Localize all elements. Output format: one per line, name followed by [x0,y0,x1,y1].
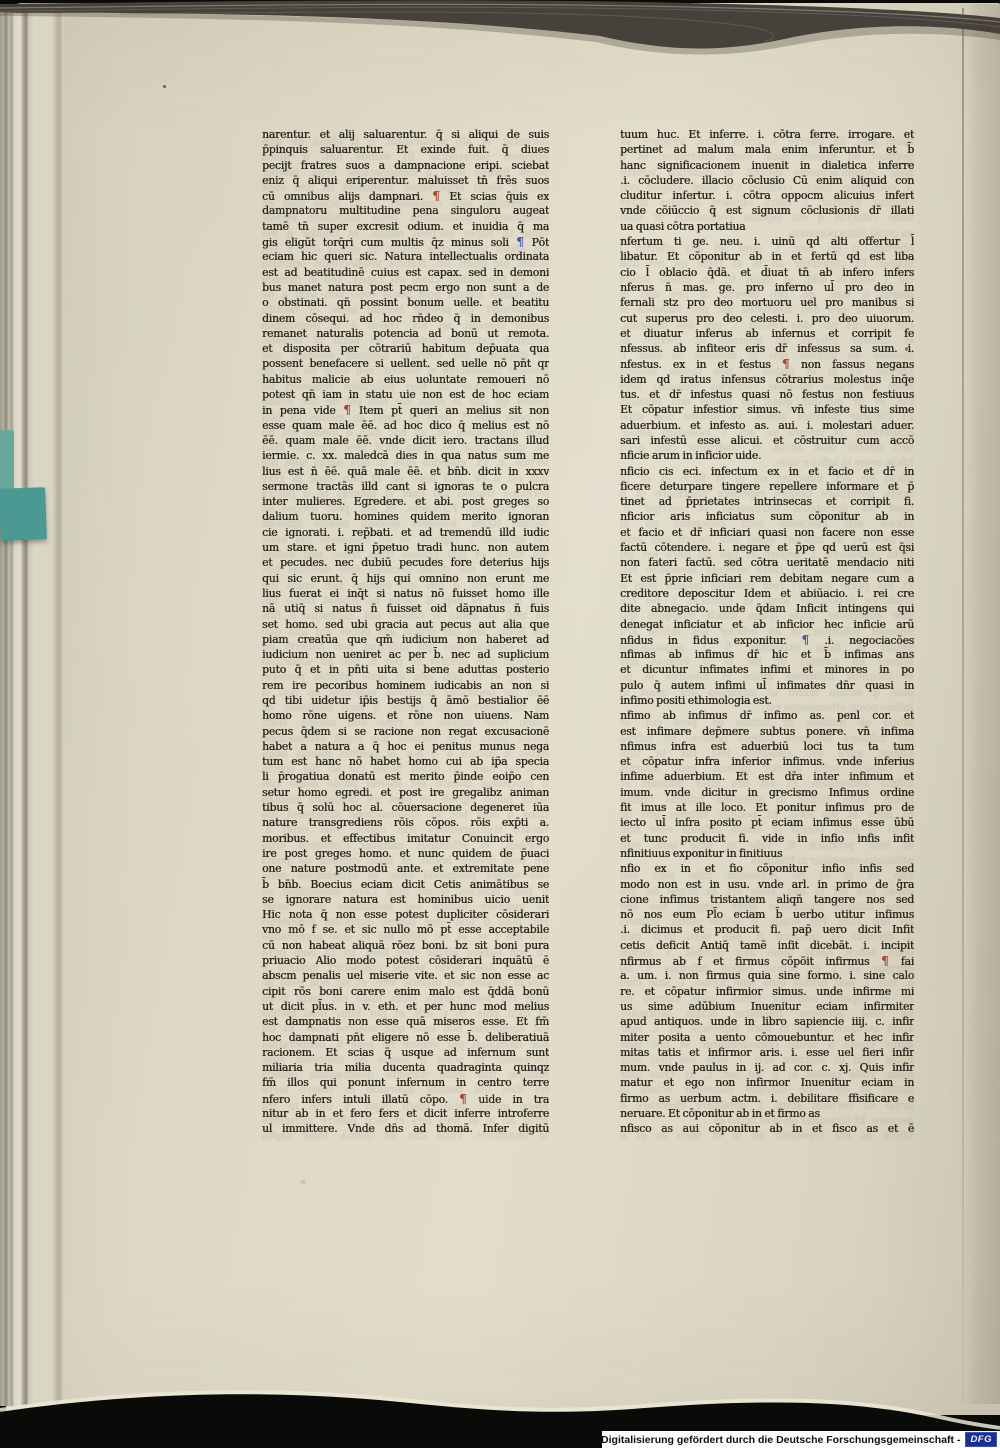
text-line: cetis deficit Antiq̄ tamē infit dicebāt.… [620,938,914,953]
text-line: dampnatoru multitudine pena singuloru au… [262,203,549,218]
page-right-shading [964,4,1000,1404]
text-line: et pecudes. nec dubiū pecudes fore deter… [262,555,549,570]
text-line: denegat inficiatur et ab inficior hec in… [620,617,914,632]
text-line: piam creatūa que qm̄ iudicium non habere… [262,632,549,647]
text-line: lius fuerat ei inq̄t si natus nō fuisset… [262,586,549,601]
text-line: et disposita per cōtrariū habitum dep̄ua… [262,341,549,356]
text-line: Inficio cis eci. infectum ex in et facio… [620,464,914,479]
text-line: lius est n̄ ēē. quā male ēē. et bn̄b. di… [262,464,549,479]
text-line: um stare. et igni p̄petuo tradi hunc. no… [262,540,549,555]
text-line: p̄pinquis saluarentur. Et exinde fuit. q… [262,142,549,157]
text-line: factū cōtendere. i. negare et p̄pe qd ue… [620,540,914,555]
text-line: tamē tn̄ super excresit odium. et inuidi… [262,219,549,234]
text-line: dite abnegacio. unde q̄dam Inficit intin… [620,601,914,616]
text-line: sermone tractās illd cant si ignoras te … [262,479,549,494]
text-line: sari infestū esse alicui. et cōstruitur … [620,433,914,448]
text-line: et dicuntur infimates infimi et minores … [620,662,914,677]
text-line: miter posita a uento cōmouebuntur. et he… [620,1030,914,1045]
text-line: nā utiq̄ si natus n̄ fuisset oid dāpnatu… [262,601,549,616]
page-edge-stack-left [0,4,64,1406]
text-line: .i. cōcludere. illacio cōclusio Cū enim … [620,173,914,188]
text-line: modo non est in usu. vnde arl. in primo … [620,877,914,892]
text-line: pulo q̄ autem infimi ul̄ infimates dn̄r … [620,678,914,693]
text-line: ire post greges homo. et nunc quidem de … [262,846,549,861]
text-line: Et cōpatur infestior simus. vn̄ infeste … [620,402,914,417]
text-line: ēē. quam male ēē. vnde dicit iero. tract… [262,433,549,448]
text-line: habet a natura a q̄ hoc ei penitus munus… [262,739,549,754]
text-line: cū non habeat aliquā rōez boni. bz sit b… [262,938,549,953]
text-line: et tunc producit fi. vide in infio infis… [620,831,914,846]
text-line: cū omnibus alijs dampnari. ¶ Et scias q̄… [262,188,549,203]
page-edge-stack-top [0,0,1000,64]
text-line: Infestus. ex in et festus ¶ non fassus n… [620,356,914,371]
text-line: apud antiquos. unde in libro sapiencie i… [620,1014,914,1029]
text-line: fernali stz pro deo mortuoru uel pro man… [620,295,914,310]
text-line: Inficie arum in inficior uide. [620,448,914,463]
text-line: Et est p̄prie inficiari rem debitam nega… [620,571,914,586]
paragraph-mark: ¶ [343,402,351,417]
text-line: firmo as uerbum actm. i. debilitare ffis… [620,1091,914,1106]
text-line: pecijt fratres suos a dampnacione eripi.… [262,158,549,173]
text-line: et cōpatur infra inferior infimus. vnde … [620,754,914,769]
text-line: vno mō f se. et sic nullo mō pt̄ esse ac… [262,922,549,937]
text-line: Infinitiuus exponitur in finitiuus [620,846,914,861]
text-line: tus. et dr̄ infestus quasi nō festus non… [620,387,914,402]
text-line: .i. dicimus et producit fi. pap̄ uero di… [620,922,914,937]
text-line: possent benefacere si uellent. sed uelle… [262,356,549,371]
text-line: Infertum ti ge. neu. i. uinū qd alti off… [620,234,914,249]
text-line: mitas tatis et infirmor aris. i. esse ue… [620,1045,914,1060]
text-line: dinem cōsequi. ad hoc rn̄deo q̄ in demon… [262,311,549,326]
text-line: tum est hanc nō habet homo cui ab ip̄a s… [262,754,549,769]
paragraph-mark: ¶ [802,632,810,647]
text-line: gis eligūt torq̄ri cum multis q̄z minus … [262,234,549,249]
text-line: Infirmus ab f et firmus cōpōit infirmus … [620,953,914,968]
text-line: tinet ad p̄prietates intrinsecas et corr… [620,494,914,509]
text-line: est ad beatitudinē cuius est capax. sed … [262,265,549,280]
text-line: potest qn̄ iam in statu uie non est de h… [262,387,549,402]
paragraph-mark: ¶ [782,356,790,371]
bookmark-tab [0,430,14,492]
text-line: Inficior aris inficiatus sum cōponitur a… [620,509,914,524]
text-line: infime aduerbium. Et est dr̄a inter infi… [620,769,914,784]
text-line: neruare. Et cōponitur ab in et firmo as [620,1106,914,1121]
text-line: cut superus pro deo celesti. i. pro deo … [620,311,914,326]
text-line: esse quam male ēē. ad hoc dico q̄ melius… [262,418,549,433]
text-line: puto q̄ et in pn̄ti uita si bene aduttas… [262,662,549,677]
text-line: est infimare dep̄mere subtus ponere. vn̄… [620,724,914,739]
text-line: tibus q̄ solū hoc al. cōuersacione degen… [262,800,549,815]
text-line: o obstinati. qn̄ possint bonum uelle. et… [262,295,549,310]
text-line: Inferus n̄ mas. ge. pro inferno ul̄ pro … [620,280,914,295]
dfg-logo: DFG [965,1432,997,1447]
text-line: aduerbium. et infesto as. aui. i. molest… [620,418,914,433]
text-line: dalium tuoru. homines quidem merito igno… [262,509,549,524]
text-line: inter mulieres. Egredere. et abi. post g… [262,494,549,509]
text-line: hanc significacionem inuenit in dialetic… [620,158,914,173]
text-line: abscm penalis uel miserie vite. et sic n… [262,968,549,983]
text-line: vnde cōiūccio q̄ est signum cōclusionis … [620,203,914,218]
text-line: Infidus in fidus exponitur. ¶ .i. negoci… [620,632,914,647]
text-line: mum. vnde paulus in ij. ad cor. c. xj. Q… [620,1060,914,1075]
text-line: moribus. et effectibus imitatur Conuinci… [262,831,549,846]
text-line: cluditur infertur. i. cōtra oppocm alicu… [620,188,914,203]
text-line: b̄ bn̄b. Boecius eciam dicit Cetis animā… [262,877,549,892]
text-line: eniz q̄ aliqui eriperentur. maluisset tn… [262,173,549,188]
text-line: fit imus at ille loco. Et ponitur infimu… [620,800,914,815]
text-line: bus manet natura post pecm ergo non sunt… [262,280,549,295]
text-line: libatur. Et cōponitur ab in et fertū qd … [620,249,914,264]
text-line: Infisco as aui cōponitur ab in et fisco … [620,1121,914,1136]
text-line: qd tibi uidetur ip̄is bestijs q̄ āmō bes… [262,693,549,708]
text-line: idem qd iratus infensus cōtrarius molest… [620,372,914,387]
text-line: non fateri factū. sed cōtra ueritatē men… [620,555,914,570]
bookmark-tab [0,487,47,541]
text-line: ficere deturpare tingere repellere infor… [620,479,914,494]
text-line: hoc dampnati pn̄t eligere nō esse b̄. de… [262,1030,549,1045]
text-line: re. et cōpatur infirmior simus. unde inf… [620,984,914,999]
text-line: nature transgrediens rōis cōpos. rōis ex… [262,815,549,830]
paragraph-mark: ¶ [459,1091,467,1106]
parchment-speck [540,1006,544,1009]
book-scan: { "footer": { "credit": "Digitalisierung… [0,0,1000,1448]
text-line: setur homo egredi. et post ire gregalibz… [262,785,549,800]
text-line: one nature postmodū ante. et extremitate… [262,861,549,876]
text-line: creditore deposcitur Idem et abiūacio. i… [620,586,914,601]
paragraph-mark: ¶ [432,188,440,203]
text-line: remanet naturalis potencia ad bonū ut re… [262,326,549,341]
text-line: Hic nota q̄ non esse potest dupliciter c… [262,907,549,922]
text-line: Infimo ab infimus dr̄ infimo as. penl co… [620,708,914,723]
text-line: tuum huc. Et inferre. i. cōtra ferre. ir… [620,127,914,142]
text-line: est dampnatis non esse quā miseros esse.… [262,1014,549,1029]
text-line: iermie. c. xx. maledcā dies in qua natus… [262,448,549,463]
text-line: qui sic erunt. q̄ hijs qui omnino non er… [262,571,549,586]
text-line: eciam hic queri sic. Natura intellectual… [262,249,549,264]
text-line: matur et ego non infirmor Inuenitur ecia… [620,1075,914,1090]
parchment-speck [163,85,166,88]
text-line: ua quasi cōtra portatiua [620,219,914,234]
text-line: cipit rōs boni carere enim malo est q̄dd… [262,984,549,999]
text-line: rem ire pecoribus hominem iudicabis an n… [262,678,549,693]
text-line: cio l̄ oblacio q̄dā. et d̄iuat tn̄ ab in… [620,265,914,280]
text-line: cione infimus tristantem aliqn̄ tangere … [620,892,914,907]
text-line: pertinet ad malum mala enim inferuntur. … [620,142,914,157]
text-line: Infero infers intuli illatū cōpo. ¶ uide… [262,1091,549,1106]
text-line: priuacio Alio modo potest cōsiderari inq… [262,953,549,968]
text-line: in pena vide ¶ Item pt̄ queri an melius … [262,402,549,417]
text-column-left: narentur. et alij saluarentur. q̄ si ali… [262,127,549,1141]
text-line: nō nos eum Pl̄o eciam b̄ uerbo utitur in… [620,907,914,922]
text-line: et diuatur inferus ab infernus et corrip… [620,326,914,341]
text-line: li p̄rogatiua donatū est merito p̄inde e… [262,769,549,784]
text-line: Infimus infra est aduerbiū loci tus ta t… [620,739,914,754]
credit-text: Digitalisierung gefördert durch die Deut… [601,1434,960,1446]
text-line: racionem. Et scias q̄ usque ad infernum … [262,1045,549,1060]
text-line: iudicium non ueniret ac per b̄. nec ad s… [262,647,549,662]
parchment-speck [905,347,908,351]
paragraph-mark: ¶ [881,953,889,968]
text-line: ul immittere. Vnde dn̄s ad thomā. Infer … [262,1121,549,1136]
parchment-speck [300,1180,306,1184]
text-line: nitur ab in et fero fers et dicit inferr… [262,1106,549,1121]
text-line: Infimas ab infimus dr̄ hic et b̄ infimas… [620,647,914,662]
text-line: se ignorare natura est hominibus uicio u… [262,892,549,907]
text-column-right: tuum huc. Et inferre. i. cōtra ferre. ir… [620,127,914,1141]
text-line: iecto ul̄ infra posito pt̄ eciam infimus… [620,815,914,830]
digitization-credit-bar: Digitalisierung gefördert durch die Deut… [602,1431,1000,1448]
text-line: fm̄ illos qui ponunt infernum in centro … [262,1075,549,1090]
text-line: ut dicit pl̄us. in v. eth. et per hunc m… [262,999,549,1014]
text-line: habitus malicie ab eius uoluntate remoue… [262,372,549,387]
text-line: homo rōne uigens. et rōne non uiuens. Na… [262,708,549,723]
text-line: imum. vnde dicitur in grecismo Infimus o… [620,785,914,800]
text-line: pecus q̄dem si se racione non regat excu… [262,724,549,739]
text-line: et facio et dr̄ inficiari quasi non face… [620,525,914,540]
text-line: set homo. sed ubi gracia aut pecus aut a… [262,617,549,632]
text-line: us sime adūbium Inuenitur eciam infirmit… [620,999,914,1014]
text-line: infimo positi ethimologia est. [620,693,914,708]
text-line: miliaria tria milia ducenta quadraginta … [262,1060,549,1075]
text-line: Infessus. ab infiteor eris dr̄ infessus … [620,341,914,356]
text-line: cie ignorati. i. rep̄bati. et ad tremend… [262,525,549,540]
text-line: a. um. i. non firmus quia sine formo. i.… [620,968,914,983]
text-line: narentur. et alij saluarentur. q̄ si ali… [262,127,549,142]
text-line: Infio ex in et fio cōponitur infio infis… [620,861,914,876]
paragraph-mark: ¶ [516,234,524,249]
